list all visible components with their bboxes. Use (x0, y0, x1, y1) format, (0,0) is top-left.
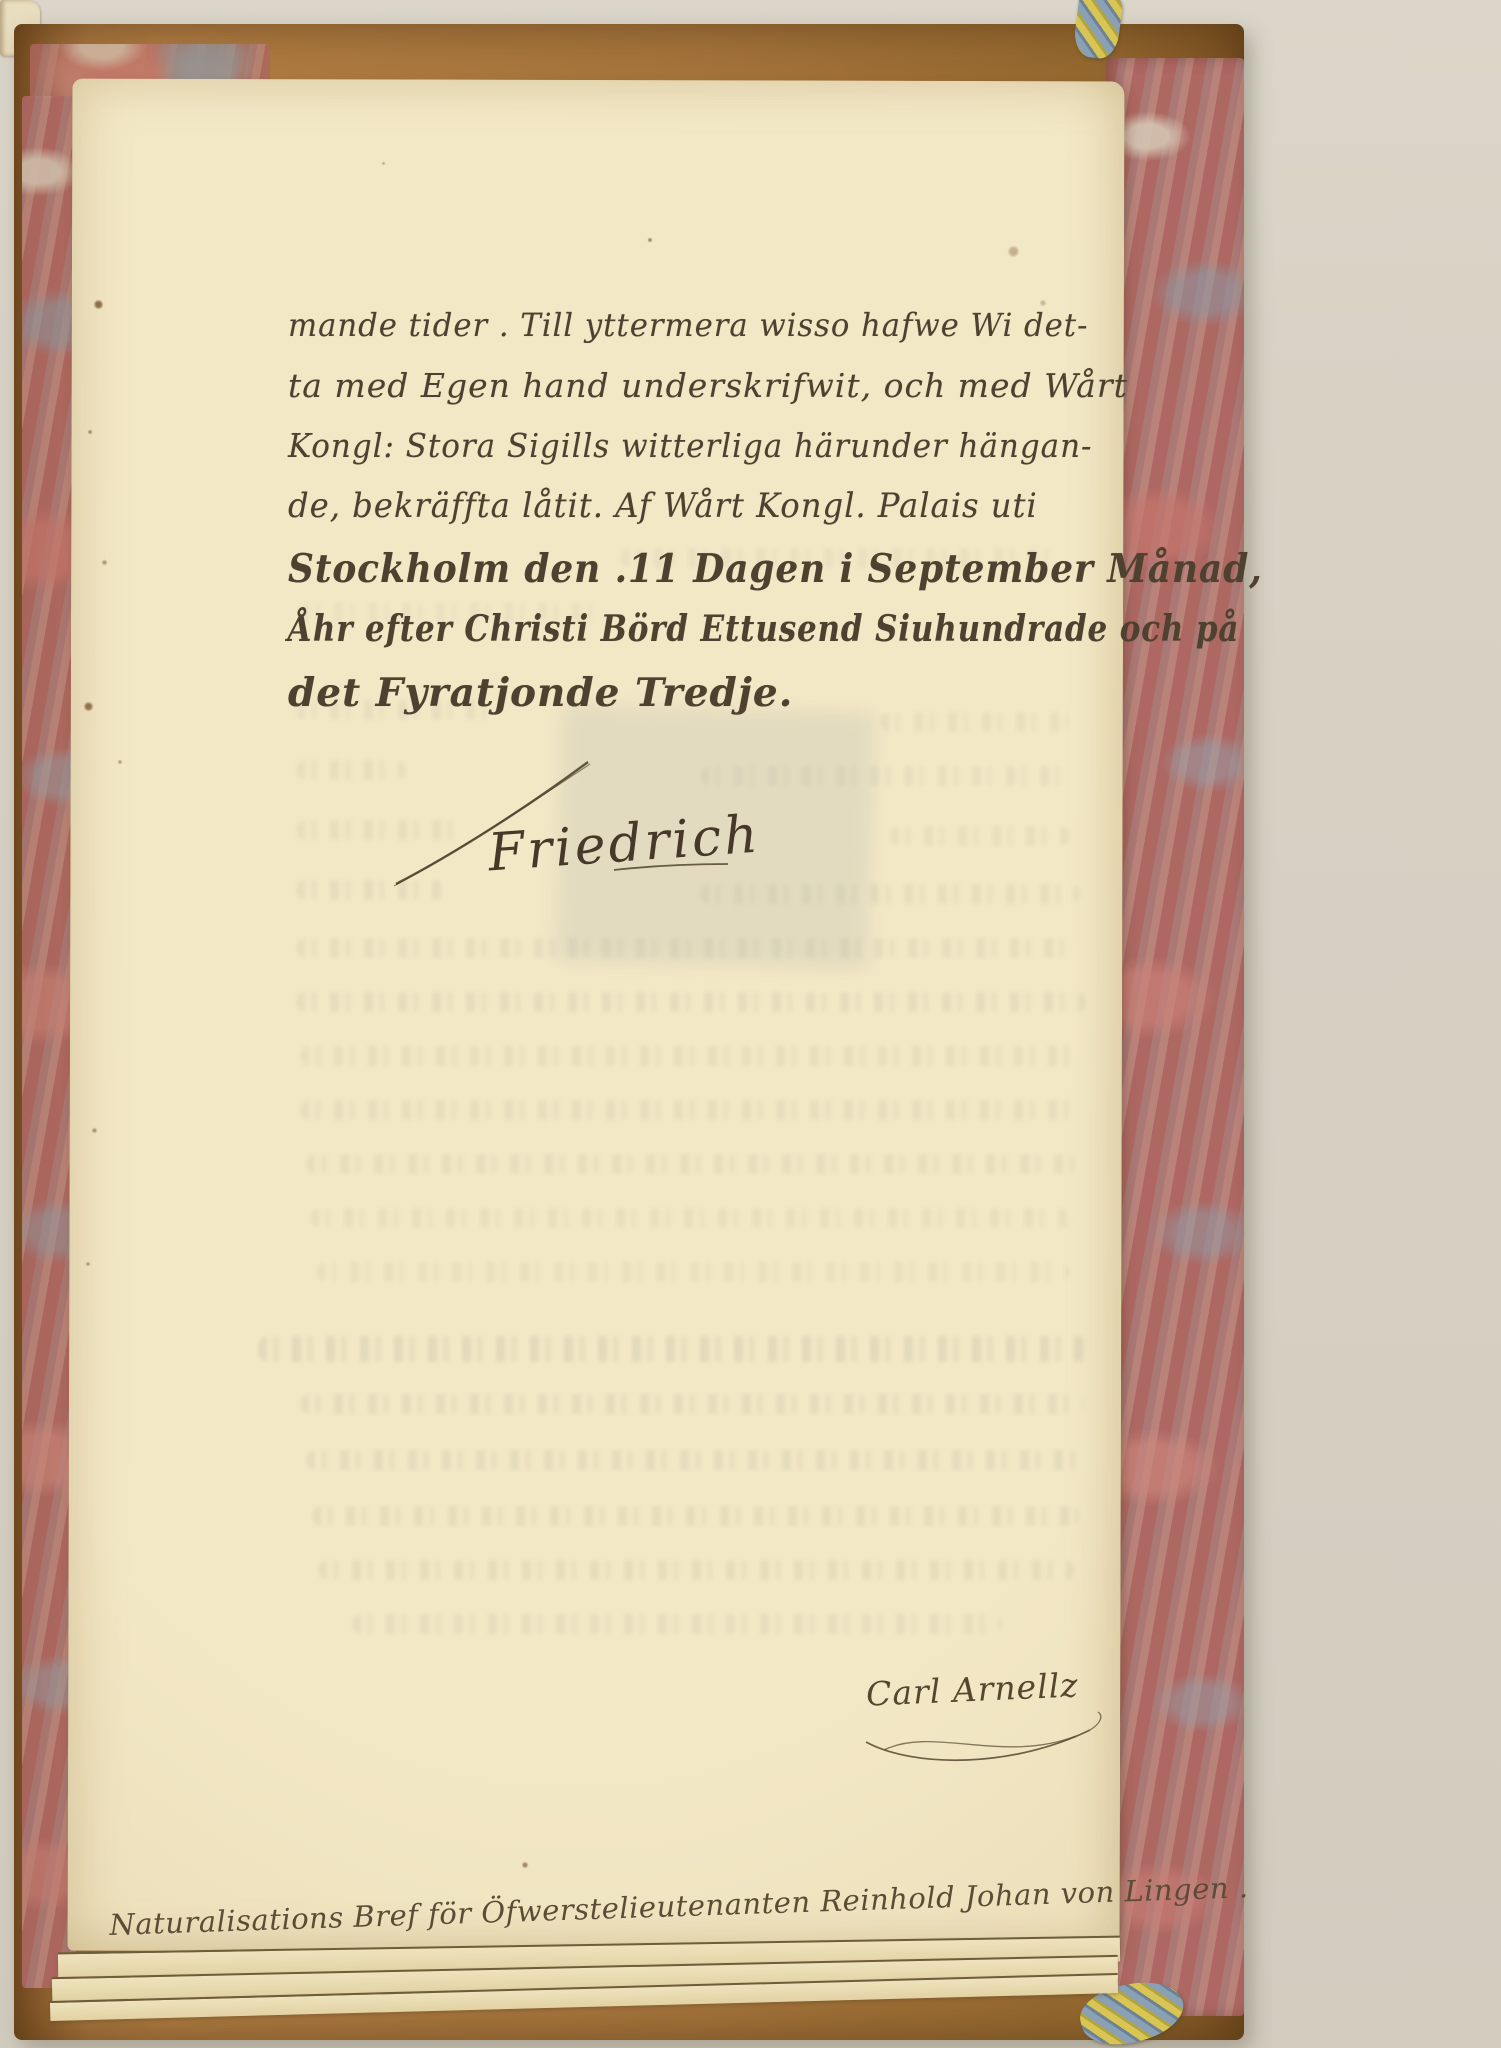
manuscript-line: ta med Egen hand underskrifwit, och med … (288, 366, 1128, 405)
bleedthrough-text-line (306, 1154, 1076, 1174)
secretary-flourish (854, 1656, 1110, 1786)
bleedthrough-text-line (300, 1394, 1084, 1414)
marbled-endpaper-right (1106, 58, 1244, 2016)
secretary-signature: Carl Arnellz (854, 1656, 1110, 1786)
age-spot (88, 430, 92, 434)
royal-signature: Friedrich (376, 752, 736, 912)
age-spot (84, 702, 93, 711)
age-spot (102, 560, 107, 565)
bleedthrough-text-line (310, 1208, 1074, 1228)
manuscript-photo: mande tider . Till yttermera wisso hafwe… (0, 0, 1501, 2048)
manuscript-line: det Fyratjonde Tredje. (288, 670, 793, 716)
age-spot (648, 238, 652, 242)
age-spot (86, 1262, 90, 1266)
bleedthrough-text-line (316, 1262, 1070, 1282)
age-spot (382, 162, 385, 165)
bleedthrough-text-line (258, 1336, 1088, 1362)
manuscript-text-block: mande tider . Till yttermera wisso hafwe… (288, 296, 1033, 736)
manuscript-line: Kongl: Stora Sigills witterliga härunder… (288, 426, 1092, 465)
age-spot (1008, 246, 1019, 257)
manuscript-line: mande tider . Till yttermera wisso hafwe… (288, 306, 1088, 344)
bleedthrough-text-line (300, 1100, 1080, 1120)
manuscript-line: Stockholm den .11 Dagen i September Måna… (288, 546, 1263, 592)
age-spot (92, 1128, 97, 1133)
age-spot (118, 760, 122, 764)
bleedthrough-text-line (296, 992, 1086, 1012)
bleedthrough-text-line (890, 826, 1070, 846)
manuscript-line: de, bekräffta låtit. Af Wårt Kongl. Pala… (288, 486, 1038, 526)
age-spot (522, 1862, 528, 1868)
bleedthrough-text-line (306, 1450, 1082, 1470)
bleedthrough-text-line (312, 1506, 1080, 1526)
manuscript-line: Åhr efter Christi Börd Ettusend Siuhundr… (288, 608, 1239, 650)
bleedthrough-text-line (352, 1614, 1002, 1634)
age-spot (94, 300, 103, 309)
bleedthrough-text-line (318, 1560, 1074, 1580)
bleedthrough-text-line (300, 1046, 1080, 1066)
